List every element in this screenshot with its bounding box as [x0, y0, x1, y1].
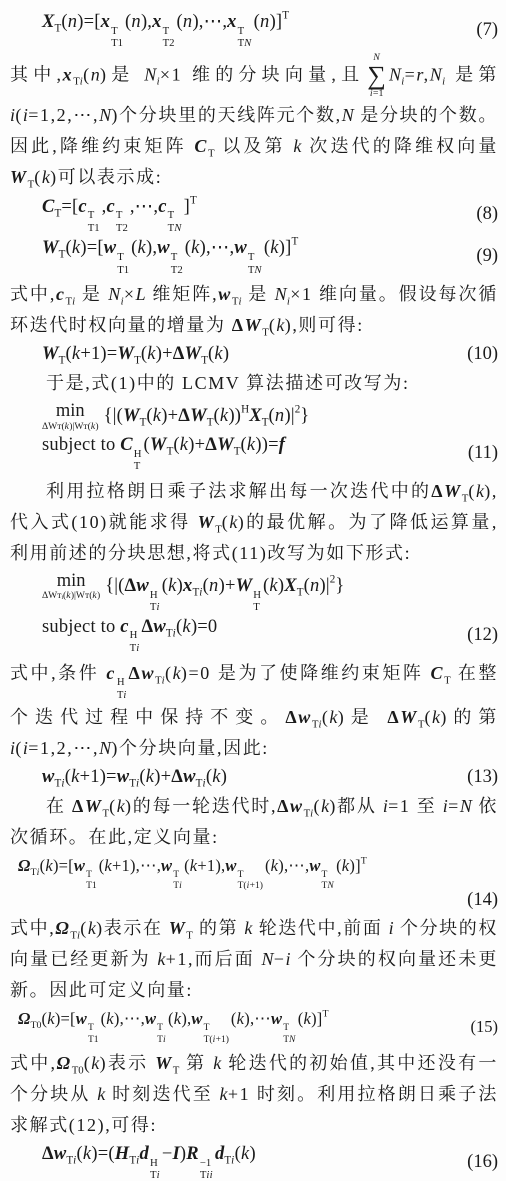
equation-math: XT(n)=[xTT1(n),xTT2(n),⋯,xTTN(n)]T: [42, 11, 289, 50]
equation-number: (7): [470, 20, 498, 41]
equation-number: (12): [461, 625, 498, 646]
equation-line: WT(k+1)=WT(k)+ΔWT(k)(10): [10, 344, 498, 365]
equation-number: (14): [461, 890, 498, 911]
paragraph: 利用拉格朗日乘子法求解出每一次迭代中的ΔWT(k),代入式(10)就能求得 WT…: [10, 476, 498, 569]
equation-number: (16): [461, 1152, 498, 1173]
summation-symbol: N∑i=1: [367, 53, 386, 100]
paragraph: 式中,cTi 是 Ni×L 维矩阵,wTi 是 Ni×1 维向量。假设每次循环迭…: [10, 279, 498, 341]
equation-number: (8): [470, 204, 498, 225]
equation-math: wTi(k+1)=wTi(k)+ΔwTi(k): [42, 767, 227, 788]
equation-number: (10): [461, 344, 498, 365]
equation-line: XT(n)=[xTT1(n),xTT2(n),⋯,xTTN(n)]T(7): [10, 11, 498, 50]
min-operator: minΔWᴛᵢ(k)|Wᴛ(k): [42, 572, 100, 602]
equation-line: subject to cHTiΔwTi(k)=0(12): [10, 617, 498, 655]
paragraph: 其中,xTi(n)是 Ni×1 维的分块向量,且N∑i=1Ni=r,Ni 是第 …: [10, 53, 498, 193]
equation-math: minΔWᴛᵢ(k)|Wᴛ(k){|(ΔwHTi(k)xTi(n)+WHT(k)…: [42, 572, 344, 614]
paragraph: 式中,ΩTi(k)表示在 WT 的第 k 轮迭代中,前面 i 个分块的权向量已经…: [10, 913, 498, 1006]
paragraph: 式中,条件 cHTiΔwTi(k)=0 是为了使降维约束矩阵 CT 在整个迭代过…: [10, 658, 498, 764]
equation-line: minΔWᴛ(k)|Wᴛ(k){|(WT(k)+ΔWT(k))HXT(n)|2}: [10, 402, 498, 432]
equation-number: (11): [462, 443, 498, 464]
equation-line: subject to CHT(WT(k)+ΔWT(k))=f(11): [10, 435, 498, 473]
equation-line: ΩT0(k)=[wTT1(k),⋯,wTTi(k),wTT(i+1)(k),⋯w…: [10, 1009, 498, 1044]
equation-line: (14): [10, 890, 498, 911]
equation-line: minΔWᴛᵢ(k)|Wᴛ(k){|(ΔwHTi(k)xTi(n)+WHT(k)…: [10, 572, 498, 614]
equation-line: WT(k)=[wTT1(k),wTT2(k),⋯,wTTN(k)]T(9): [10, 237, 498, 276]
equation-math: minΔWᴛ(k)|Wᴛ(k){|(WT(k)+ΔWT(k))HXT(n)|2}: [42, 402, 309, 432]
paragraph: 式中,ΩT0(k)表示 WT 第 k 轮迭代的初始值,其中还没有一个分块从 k …: [10, 1048, 498, 1141]
equation-math: ΔwTi(k)=(HTidHTi−I)R−1TiidTi(k): [42, 1144, 256, 1181]
paragraph: 在 ΔWT(k)的每一轮迭代时,ΔwTi(k)都从 i=1 至 i=N 依次循环…: [10, 791, 498, 853]
equation-line: CT=[cTT1,cTT2,⋯,cTTN]T(8): [10, 196, 498, 235]
equation-line: wTi(k+1)=wTi(k)+ΔwTi(k)(13): [10, 767, 498, 788]
equation-line: ΩTi(k)=[wTT1(k+1),⋯,wTTi(k+1),wTT(i+1)(k…: [10, 856, 498, 891]
equation-number: (15): [465, 1017, 499, 1037]
paragraph: 于是,式(1)中的 LCMV 算法描述可改写为:: [10, 368, 498, 399]
paper-column: XT(n)=[xTT1(n),xTT2(n),⋯,xTTN(n)]T(7)其中,…: [0, 0, 506, 1181]
equation-number: (13): [461, 767, 498, 788]
equation-math: ΩTi(k)=[wTT1(k+1),⋯,wTTi(k+1),wTT(i+1)(k…: [18, 856, 367, 891]
equation-math: WT(k)=[wTT1(k),wTT2(k),⋯,wTTN(k)]T: [42, 237, 298, 276]
equation-math: CT=[cTT1,cTT2,⋯,cTTN]T: [42, 196, 197, 235]
min-operator: minΔWᴛ(k)|Wᴛ(k): [42, 402, 99, 432]
equation-math: subject to CHT(WT(k)+ΔWT(k))=f: [42, 435, 285, 473]
equation-math: WT(k+1)=WT(k)+ΔWT(k): [42, 344, 229, 365]
equation-math: ΩT0(k)=[wTT1(k),⋯,wTTi(k),wTT(i+1)(k),⋯w…: [18, 1009, 329, 1044]
equation-math: subject to cHTiΔwTi(k)=0: [42, 617, 217, 655]
equation-line: ΔwTi(k)=(HTidHTi−I)R−1TiidTi(k)(16): [10, 1144, 498, 1181]
equation-number: (9): [470, 246, 498, 267]
